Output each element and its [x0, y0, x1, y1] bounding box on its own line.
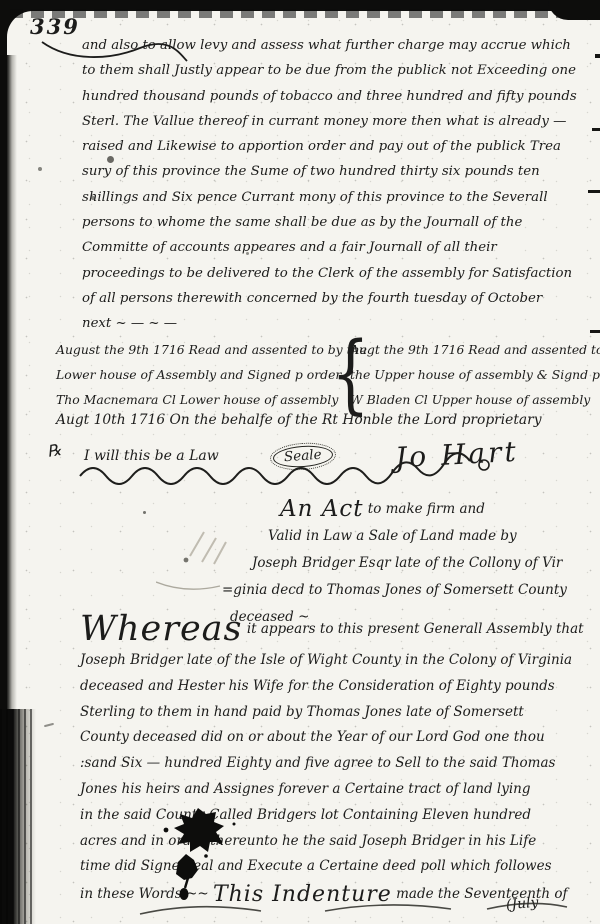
handwritten-line: proceedings to be delivered to the Clerk… — [82, 261, 592, 286]
attestation-upper-house: Augt the 9th 1716 Read and assented to b… — [350, 337, 600, 412]
handwritten-line: raised and Likewise to apportion order a… — [82, 134, 592, 159]
manuscript-scan-page: 339 and also to allow levy and assess wh… — [0, 0, 600, 924]
handwritten-line: and also to allow levy and assess what f… — [82, 33, 592, 58]
handwritten-line: Tho Macnemara Cl Lower house of assembly — [56, 387, 328, 412]
ink-blot — [150, 800, 250, 910]
ink-speck — [38, 167, 42, 171]
handwritten-line: Joseph Bridger late of the Isle of Wight… — [80, 648, 584, 674]
act-title-line: =ginia decd to Thomas Jones of Somersett… — [222, 577, 567, 604]
wavy-rule — [76, 452, 516, 492]
handwritten-line: persons to whome the same shall be due a… — [82, 210, 592, 235]
assent-date-line: Augt 10th 1716 On the behalfe of the Rt … — [56, 412, 542, 428]
handwritten-line: :sand Six — hundred Eighty and five agre… — [80, 751, 584, 777]
margin-mark: ℞ — [46, 440, 63, 461]
attestation-block: August the 9th 1716 Read and assented to… — [56, 337, 600, 412]
handwritten-line: the Upper house of assembly & Signd p or… — [350, 362, 600, 387]
handwritten-line: August the 9th 1716 Read and assented to… — [56, 337, 328, 362]
handwritten-line: County deceased did on or about the Year… — [80, 725, 584, 751]
handwritten-line: deceased and Hester his Wife for the Con… — [80, 674, 584, 700]
handwritten-line: Committe of accounts appeares and a fair… — [82, 235, 592, 260]
handwritten-line: sury of this province the Sume of two hu… — [82, 159, 592, 184]
scan-edge-mark — [592, 128, 600, 131]
handwritten-line: of all persons therewith concerned by th… — [82, 286, 592, 311]
scan-edge-top — [10, 9, 600, 18]
flourish-swooshes — [135, 898, 575, 920]
act-heading-rest: to make firm and — [368, 501, 485, 517]
act-title-line: Joseph Bridger Esqr late of the Collony … — [252, 550, 567, 577]
attestation-lower-house: August the 9th 1716 Read and assented to… — [56, 337, 328, 412]
handwritten-line: hundred thousand pounds of tobacco and t… — [82, 84, 592, 109]
handwritten-line: Sterling to them in hand paid by Thomas … — [80, 700, 584, 726]
faint-pencil-marks — [156, 520, 266, 600]
handwritten-line: Lower house of Assembly and Signed p ord… — [56, 362, 328, 387]
handwritten-line: Sterl. The Vallue thereof in currant mon… — [82, 109, 592, 134]
main-paragraph: and also to allow levy and assess what f… — [82, 33, 592, 337]
act-heading-line: An Act to make firm and — [280, 496, 567, 523]
handwritten-line: W Bladen Cl Upper house of assembly — [350, 387, 600, 412]
whereas-opening-rest: it appears to this present Generall Asse… — [247, 621, 584, 637]
scan-edge-mark — [595, 54, 600, 58]
ink-speck — [143, 511, 146, 514]
whereas-initial-word: Whereas — [80, 609, 243, 649]
whereas-opening-line: Whereas it appears to this present Gener… — [80, 610, 584, 648]
scan-binding-edge-bottom-left — [0, 709, 36, 924]
act-title-line: Valid in Law a Sale of Land made by — [268, 523, 567, 550]
handwritten-line: Augt the 9th 1716 Read and assented to b… — [350, 337, 600, 362]
handwritten-line: to them shall Justly appear to be due fr… — [82, 58, 592, 83]
act-heading-big: An Act — [280, 496, 363, 522]
curly-brace: { — [331, 339, 346, 412]
handwritten-line: shillings and Six pence Currant mony of … — [82, 185, 592, 210]
handwritten-line: Jones his heirs and Assignes forever a C… — [80, 777, 584, 803]
